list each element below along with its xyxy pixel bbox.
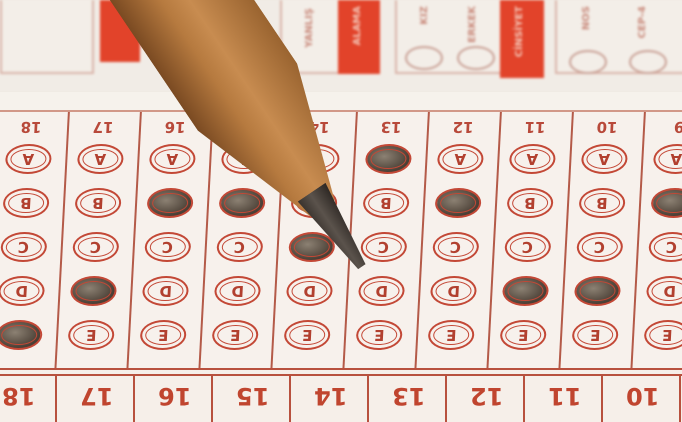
bubble-letter: E <box>446 326 457 344</box>
answer-bubble-d[interactable]: D <box>430 276 478 306</box>
answer-bubble-d[interactable]: D <box>646 276 682 306</box>
answer-bubble-e[interactable]: E <box>571 320 619 350</box>
header-label: NOS <box>581 6 592 30</box>
column-separator <box>679 376 681 422</box>
answer-bubble-a[interactable]: A <box>5 144 53 174</box>
bubble-letter: A <box>454 150 467 168</box>
question-number: 10 <box>571 118 644 136</box>
column-separator <box>523 376 525 422</box>
column-separator <box>211 376 213 422</box>
answer-bubble-e[interactable]: E <box>499 320 547 350</box>
bubble-letter: D <box>447 282 460 300</box>
bubble-letter: B <box>20 194 32 212</box>
bubble-letter: C <box>522 238 534 256</box>
answer-bubble-a[interactable]: A <box>581 144 629 174</box>
answer-bubble-c[interactable]: C <box>216 232 264 262</box>
answer-bubble-c[interactable]: C <box>144 232 192 262</box>
bubble-letter: E <box>374 326 385 344</box>
divider-line <box>0 368 682 370</box>
question-number: 12 <box>427 118 500 136</box>
bubble-letter: E <box>302 326 313 344</box>
header-label: KIZ <box>419 6 430 25</box>
header-bubble[interactable] <box>569 50 607 74</box>
answer-bubble-e[interactable]: E <box>643 320 682 350</box>
bubble-letter: C <box>666 238 678 256</box>
answer-bubble-a[interactable]: A <box>437 144 485 174</box>
answer-bubble-d[interactable]: D <box>574 276 622 306</box>
answer-bubble-e[interactable]: E <box>67 320 115 350</box>
answer-bubble-a[interactable]: A <box>509 144 557 174</box>
bubble-letter: B <box>92 194 104 212</box>
bubble-letter: B <box>596 194 608 212</box>
bottom-question-number: 16 <box>158 382 191 410</box>
bottom-question-number: 18 <box>2 382 35 410</box>
answer-bubble-c[interactable]: C <box>504 232 552 262</box>
bubble-letter: D <box>663 282 676 300</box>
answer-bubble-c[interactable]: C <box>576 232 624 262</box>
bubble-letter: E <box>86 326 97 344</box>
question-number: 9 <box>643 118 682 136</box>
header-red-block: CİNSİYET <box>500 0 544 78</box>
bottom-question-number: 12 <box>470 382 503 410</box>
answer-bubble-d[interactable]: D <box>142 276 190 306</box>
answer-bubble-a[interactable]: A <box>365 144 413 174</box>
bubble-letter: A <box>598 150 611 168</box>
bubble-letter: A <box>166 150 179 168</box>
answer-bubble-e[interactable]: E <box>283 320 331 350</box>
header-cell: NOS CEP-4 <box>555 0 682 74</box>
bubble-letter: A <box>94 150 107 168</box>
bubble-letter: E <box>662 326 673 344</box>
bottom-question-number: 10 <box>626 382 659 410</box>
bubble-letter: A <box>526 150 539 168</box>
divider-line <box>0 374 682 376</box>
question-number: 18 <box>0 118 68 136</box>
answer-bubble-d[interactable]: D <box>70 276 118 306</box>
column-separator <box>601 376 603 422</box>
bottom-question-number: 17 <box>80 382 113 410</box>
answer-bubble-a[interactable]: A <box>653 144 682 174</box>
answer-bubble-d[interactable]: D <box>214 276 262 306</box>
gender-bubble[interactable] <box>405 46 443 70</box>
header-label: YANLIŞ <box>304 8 315 48</box>
bubble-letter: B <box>524 194 536 212</box>
bubble-letter: C <box>594 238 606 256</box>
answer-bubble-e[interactable]: E <box>211 320 259 350</box>
answer-bubble-b[interactable]: B <box>506 188 554 218</box>
answer-bubble-a[interactable]: A <box>149 144 197 174</box>
answer-sheet-photo: YANLIŞ ALAMA KIZ ERKEK CİNSİYET NOS CEP-… <box>0 0 682 422</box>
column-separator <box>55 376 57 422</box>
answer-bubble-e[interactable]: E <box>0 320 43 350</box>
answer-bubble-d[interactable]: D <box>502 276 550 306</box>
answer-bubble-a[interactable]: A <box>77 144 125 174</box>
column-separator <box>289 376 291 422</box>
question-number: 13 <box>355 118 428 136</box>
bubble-letter: C <box>234 238 246 256</box>
bubble-letter: E <box>590 326 601 344</box>
answer-bubble-c[interactable]: C <box>72 232 120 262</box>
bottom-question-number: 14 <box>314 382 347 410</box>
question-number: 17 <box>67 118 140 136</box>
header-cell <box>0 0 94 74</box>
answer-bubble-b[interactable]: B <box>650 188 682 218</box>
answer-bubble-b[interactable]: B <box>146 188 194 218</box>
answer-bubble-c[interactable]: C <box>0 232 48 262</box>
answer-bubble-c[interactable]: C <box>432 232 480 262</box>
bubble-letter: C <box>18 238 30 256</box>
header-label: CİNSİYET <box>514 6 525 57</box>
column-separator <box>445 376 447 422</box>
column-separator <box>133 376 135 422</box>
bubble-letter: D <box>15 282 28 300</box>
header-cell: KIZ ERKEK <box>395 0 509 74</box>
bubble-letter: C <box>450 238 462 256</box>
answer-bubble-e[interactable]: E <box>355 320 403 350</box>
answer-bubble-b[interactable]: B <box>2 188 50 218</box>
bottom-question-number: 11 <box>548 382 581 410</box>
question-number: 11 <box>499 118 572 136</box>
gender-bubble[interactable] <box>457 46 495 70</box>
bottom-question-number: 13 <box>392 382 425 410</box>
bubble-letter: A <box>670 150 682 168</box>
bubble-letter: E <box>230 326 241 344</box>
bubble-letter: E <box>158 326 169 344</box>
bubble-letter: C <box>90 238 102 256</box>
answer-bubble-d[interactable]: D <box>0 276 45 306</box>
bubble-letter: C <box>162 238 174 256</box>
bubble-letter: E <box>518 326 529 344</box>
sheet-header: YANLIŞ ALAMA KIZ ERKEK CİNSİYET NOS CEP-… <box>0 0 682 92</box>
answer-bubble-e[interactable]: E <box>139 320 187 350</box>
column-separator <box>367 376 369 422</box>
header-label: ERKEK <box>467 6 478 43</box>
answer-bubble-b[interactable]: B <box>74 188 122 218</box>
bubble-letter: D <box>159 282 172 300</box>
answer-bubble-e[interactable]: E <box>427 320 475 350</box>
header-label: CEP-4 <box>637 6 648 38</box>
answer-bubble-b[interactable]: B <box>434 188 482 218</box>
header-divider <box>0 92 682 110</box>
answer-bubble-b[interactable]: B <box>578 188 626 218</box>
header-bubble[interactable] <box>629 50 667 74</box>
bubble-letter: A <box>22 150 35 168</box>
header-label: ALAMA <box>352 6 363 46</box>
answer-bubble-c[interactable]: C <box>648 232 682 262</box>
header-red-block: ALAMA <box>338 0 380 74</box>
bottom-question-number: 15 <box>236 382 269 410</box>
bubble-letter: D <box>231 282 244 300</box>
